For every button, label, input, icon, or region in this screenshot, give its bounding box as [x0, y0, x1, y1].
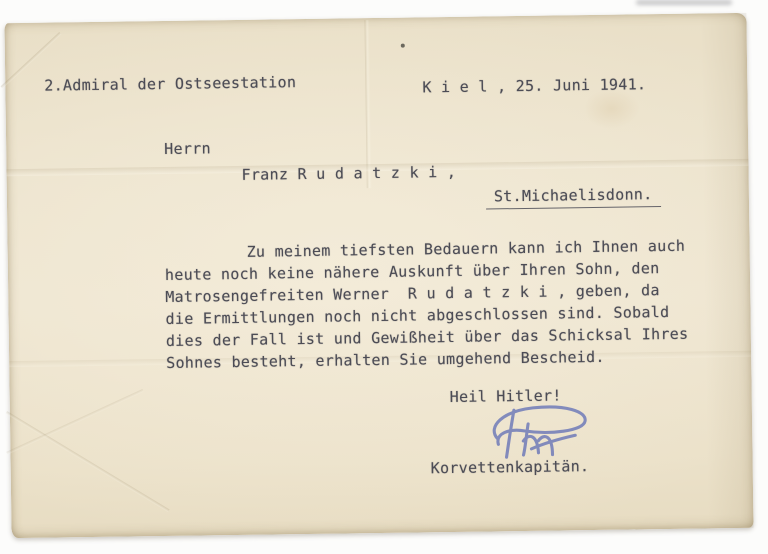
crease-diagonal-bottom-left: [6, 411, 170, 512]
recipient-name: Franz R u d a t z k i ,: [241, 162, 456, 185]
photo-backdrop: 2.Admiral der Ostseestation K i e l , 25…: [0, 0, 768, 554]
date-line: K i e l , 25. Juni 1941.: [422, 74, 646, 97]
signer-rank-title: Korvettenkapitän.: [431, 456, 590, 478]
letter-paper: 2.Admiral der Ostseestation K i e l , 25…: [4, 13, 753, 538]
sender-line: 2.Admiral der Ostseestation: [44, 72, 296, 96]
signature-icon: [481, 401, 608, 463]
scan-edge-smudge: [636, 0, 732, 5]
recipient-city-underlined: St.Michaelisdonn.: [486, 184, 661, 209]
ink-speck: [401, 44, 405, 48]
crease-diagonal-bottom-left-2: [6, 389, 143, 455]
recipient-salutation: Herrn: [164, 138, 211, 159]
letter-body: Zu meinem tiefsten Bedauern kann ich Ihn…: [165, 234, 715, 374]
